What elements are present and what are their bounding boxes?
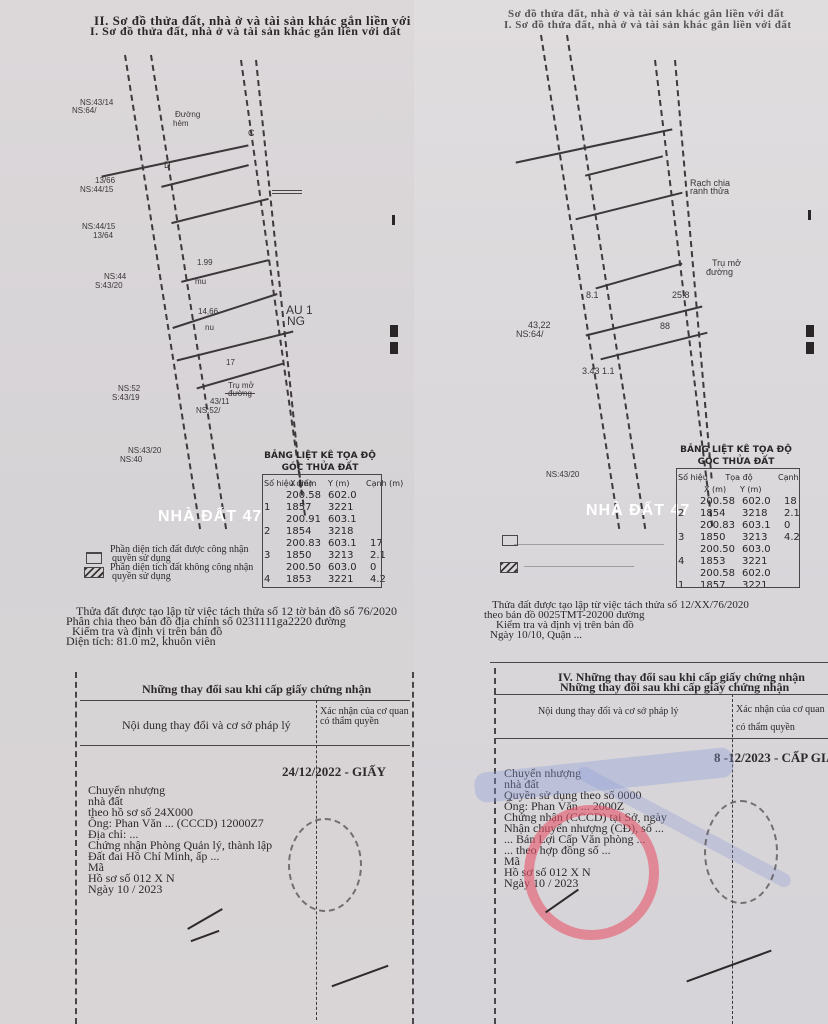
coord-table-title: BẢNG LIỆT KÊ TỌA ĐỘ: [262, 450, 378, 462]
coord-table-subtitle: GÓC THỬA ĐẤT: [676, 456, 796, 468]
map-label: NG: [287, 316, 305, 326]
map-label: hẻm: [173, 119, 189, 129]
scale-marker: [808, 210, 811, 220]
map-label: NS:64/: [516, 329, 544, 339]
map-label: NS:43/20: [546, 470, 579, 480]
map-label: C: [248, 128, 255, 138]
map-label: 14,66: [198, 307, 218, 317]
note-line: Diện tích: 81.0 m2, khuôn viên: [66, 636, 216, 647]
scale-marker: [806, 342, 814, 354]
right-coordinate-table: BẢNG LIỆT KÊ TỌA ĐỘ GÓC THỬA ĐẤT Số hiệu…: [676, 444, 804, 592]
legend-text: quyền sử dụng: [112, 571, 171, 582]
map-label: S:43/19: [112, 393, 140, 403]
change-col-left-header: Nội dung thay đổi và cơ sở pháp lý: [122, 720, 291, 731]
map-label: 8.1: [586, 290, 599, 300]
left-certificate-page: II. Sơ đồ thửa đất, nhà ở và tài sản khá…: [0, 0, 414, 1024]
map-label: 88: [660, 321, 670, 331]
map-label: 13/64: [93, 231, 113, 241]
scale-marker: [390, 325, 398, 337]
parcel-overlay-label: NHÀ ĐẤT 47: [586, 502, 690, 520]
hatched-box-icon: [84, 567, 104, 578]
scale-marker: [392, 215, 395, 225]
change-col-right-header: Xác nhận của cơ quan: [736, 704, 825, 715]
change-col-right-header: có thẩm quyền: [736, 722, 795, 733]
map-label: NS:64/: [72, 106, 96, 116]
coord-table-subtitle: GÓC THỬA ĐẤT: [262, 462, 378, 474]
right-certificate-page: Sơ đồ thửa đất, nhà ở và tài sản khác gắ…: [414, 0, 828, 1024]
map-label: 17: [226, 358, 235, 368]
map-label: nu: [205, 323, 214, 333]
official-seal-icon: [704, 800, 778, 904]
red-seal-icon: [524, 805, 659, 940]
change-section-heading: Những thay đổi sau khi cấp giấy chứng nh…: [142, 684, 371, 695]
note-line: Ngày 10/10, Quận ...: [490, 630, 582, 641]
right-title-line2: I. Sơ đồ thửa đất, nhà ở và tài sản khác…: [504, 19, 792, 32]
change-col-left-header: Nội dung thay đổi và cơ sở pháp lý: [538, 706, 679, 717]
hatched-box-icon: [500, 562, 518, 573]
map-label: D: [164, 160, 171, 170]
change-col-right-header: có thẩm quyền: [320, 716, 379, 727]
map-label: ranh thửa: [690, 186, 729, 196]
left-coordinate-table: BẢNG LIỆT KÊ TỌA ĐỘ GÓC THỬA ĐẤT Số hiệu…: [262, 450, 390, 586]
map-label: mu: [195, 277, 206, 287]
change-entry-line: Ngày 10 / 2023: [88, 884, 162, 895]
map-label: đường: [228, 389, 252, 399]
official-seal-icon: [288, 818, 362, 912]
map-label: S:43/20: [95, 281, 123, 291]
map-label: NS:40: [120, 455, 142, 465]
parcel-overlay-label: NHÀ ĐẤT 47: [158, 508, 262, 526]
scale-marker: [806, 325, 814, 337]
map-label: NS:52/: [196, 406, 220, 416]
map-label: đường: [706, 267, 733, 277]
coord-table-title: BẢNG LIỆT KÊ TỌA ĐỘ: [676, 444, 796, 456]
map-label: 25.8: [672, 290, 690, 300]
change-section-heading: Những thay đổi sau khi cấp giấy chứng nh…: [560, 682, 789, 693]
map-label: 3.43 1.1: [582, 366, 615, 376]
map-label: 1.99: [197, 258, 213, 268]
scale-marker: [390, 342, 398, 354]
change-date-stamp: 24/12/2022 - GIẤY: [282, 766, 386, 777]
open-box-icon: [86, 552, 102, 564]
map-label: NS:44/15: [80, 185, 113, 195]
left-title-line2: I. Sơ đồ thửa đất, nhà ở và tài sản khác…: [90, 25, 401, 38]
change-entry-line: Đất đai Hồ Chí Minh, ấp ...: [88, 851, 219, 862]
